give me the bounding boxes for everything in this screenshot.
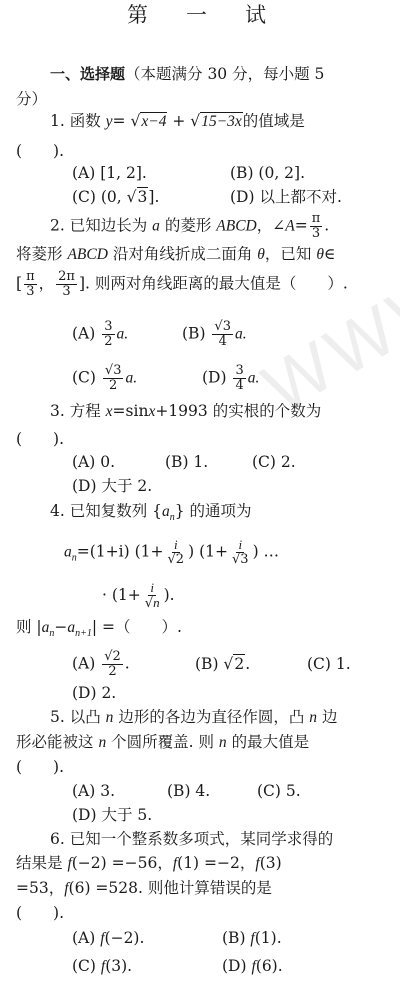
text: ) xyxy=(188,543,194,561)
option-b: (B) 4. xyxy=(167,780,257,802)
question-4-options-row2: (D) 2. xyxy=(72,682,116,704)
question-5-stem-line1: 5. 以凸 n 边形的各边为直径作圆，凸 n 边 xyxy=(50,706,337,729)
text: (3) xyxy=(260,854,282,872)
question-5-stem-line2: 形必能被这 n 个圆所覆盖. 则 n 的最大值是 xyxy=(16,731,309,754)
question-1-paren: ( ). xyxy=(16,140,64,162)
text: [ xyxy=(16,275,22,293)
question-5-options-row2: (D) 大于 5. xyxy=(72,804,152,826)
text: . xyxy=(245,655,250,673)
var: A xyxy=(285,218,294,235)
text: (1+ xyxy=(199,543,228,561)
var: a. xyxy=(235,326,247,343)
text: =53， xyxy=(16,879,64,897)
text: (1). xyxy=(255,929,282,947)
denominator: 2 xyxy=(106,665,118,679)
text: 边 xyxy=(317,708,337,726)
text: ，∠ xyxy=(257,217,286,235)
fraction: i√2 xyxy=(166,538,187,567)
question-5-options-row1: (A) 3.(B) 4.(C) 5. xyxy=(72,780,301,802)
question-6-paren: ( ). xyxy=(16,902,64,924)
option-a: (A) f(−2). xyxy=(72,927,222,950)
label: (B) xyxy=(182,325,210,343)
label: (B) xyxy=(222,929,250,947)
option-a: (A) 32a. xyxy=(72,320,182,349)
question-3-stem: 3. 方程 x=sinx+1993 的实根的个数为 xyxy=(50,400,321,423)
text: | =（ ）. xyxy=(92,618,182,636)
fraction: π3 xyxy=(24,270,37,299)
question-1-options-row1: (A) [1, 2].(B) (0, 2]. xyxy=(72,162,305,184)
text: =sin xyxy=(113,402,149,420)
text: (−2). xyxy=(105,929,145,947)
label: (A) xyxy=(72,655,100,673)
question-3-options-row1: (A) 0.(B) 1.(C) 2. xyxy=(72,451,296,473)
question-1-stem: 1. 函数 y= √x−4 + √15−3x的值域是 xyxy=(50,110,305,133)
var: n xyxy=(309,709,317,726)
option-d: (D) f(6). xyxy=(222,955,283,978)
title-char: 第 xyxy=(127,4,148,26)
numerator: √3 xyxy=(212,320,233,335)
numerator: √3 xyxy=(103,364,124,379)
var: a. xyxy=(117,326,129,343)
text: 沿对角线折成二面角 xyxy=(108,245,257,263)
text: ，已知 xyxy=(265,245,316,263)
label: (D) xyxy=(202,369,231,387)
text: (6) =528. 则他计算错误的是 xyxy=(69,879,272,897)
title-char: 一 xyxy=(186,4,207,26)
sqrt: √15−3x xyxy=(190,110,242,133)
var: ABCD xyxy=(67,246,107,263)
option-c: (C) 1. xyxy=(307,653,351,675)
text: +1993 的实根的个数为 xyxy=(155,402,321,420)
option-b: (B) 1. xyxy=(165,451,252,473)
option-c: (C) 5. xyxy=(257,780,301,802)
var: n xyxy=(219,734,227,751)
var: a xyxy=(152,218,160,235)
question-6-stem-line1: 6. 已知一个整系数多项式，某同学求得的 xyxy=(50,828,333,850)
text: ∈ xyxy=(324,245,335,263)
var: θ xyxy=(316,246,324,263)
option-d: (D) 大于 2. xyxy=(72,475,152,497)
radicand: 3 xyxy=(137,187,149,206)
question-2-options-row1: (A) 32a.(B) √34a. xyxy=(72,320,247,349)
fraction: 34 xyxy=(233,364,245,393)
option-b: (B) √2. xyxy=(195,653,307,675)
text: 4. 已知复数列 { xyxy=(50,502,162,520)
text: · xyxy=(102,586,107,604)
option-a: (A) 0. xyxy=(72,451,165,473)
question-6-options-row2: (C) f(3).(D) f(6). xyxy=(72,955,283,978)
page-title: 第一试 xyxy=(127,4,266,26)
fraction: √32 xyxy=(103,364,124,393)
question-4-formula-line2: · (1+i√n). xyxy=(102,581,175,611)
radicand: 3 xyxy=(113,363,121,378)
section-label: 一、选择题 xyxy=(50,65,125,83)
label: (A) xyxy=(72,325,100,343)
text: … xyxy=(259,543,279,561)
denominator: √3 xyxy=(230,553,251,567)
text: 形必能被这 xyxy=(16,733,98,751)
numerator: π xyxy=(310,212,323,227)
radicand: 2 xyxy=(113,649,121,664)
text: 结果是 xyxy=(16,854,67,872)
text: 的最大值是 xyxy=(227,733,309,751)
var: y xyxy=(106,113,113,130)
question-3-paren: ( ). xyxy=(16,428,64,450)
var: a. xyxy=(125,370,137,387)
question-4-stem-line3: 则 |an−an+1| =（ ）. xyxy=(16,616,182,645)
label: (C) xyxy=(72,957,101,975)
question-4-formula-line1: an=(1+i) (1+i√2) (1+i√3) … xyxy=(64,538,279,570)
text: = xyxy=(113,112,131,130)
section-note-cont: 分） xyxy=(16,88,47,110)
sqrt: √2 xyxy=(223,653,245,675)
question-4-options-row1: (A) √22.(B) √2.(C) 1. xyxy=(72,650,351,679)
text: 的菱形 xyxy=(160,217,216,235)
text: 个圆所覆盖. 则 xyxy=(106,733,219,751)
option-c: (C) (0, √3]. xyxy=(72,186,230,208)
question-2-stem-line1: 2. 已知边长为 a 的菱形 ABCD，∠A=π3. xyxy=(50,212,329,241)
question-2-stem-line3: [π3，2π3]. 则两对角线距离的最大值是（ ）. xyxy=(16,270,348,299)
question-2-stem-line2: 将菱形 ABCD 沿对角线折成二面角 θ，已知 θ∈ xyxy=(16,243,335,266)
fraction: π3 xyxy=(310,212,323,241)
text: . xyxy=(324,217,329,235)
text: (3). xyxy=(105,957,132,975)
text: 将菱形 xyxy=(16,245,67,263)
label: (B) xyxy=(195,655,223,673)
question-6-stem-line2: 结果是 f(−2) =−56，f(1) =−2，f(3) xyxy=(16,852,282,875)
question-6-stem-line3: =53，f(6) =528. 则他计算错误的是 xyxy=(16,877,272,900)
denominator: √2 xyxy=(166,553,187,567)
sqrt: √x−4 xyxy=(130,110,167,133)
subscript: n+1 xyxy=(75,628,92,639)
numerator: i xyxy=(148,581,156,596)
denominator: 3 xyxy=(310,227,322,241)
sqrt: √3 xyxy=(127,186,149,208)
option-c: (C) 2. xyxy=(252,451,296,473)
denominator: 2 xyxy=(107,379,119,393)
radicand: 2 xyxy=(176,552,184,567)
denominator: √n xyxy=(143,596,162,611)
text: 2. 已知边长为 xyxy=(50,217,152,235)
var: ABCD xyxy=(216,218,256,235)
denominator: 2 xyxy=(102,335,114,349)
option-b: (B) (0, 2]. xyxy=(230,162,305,184)
text: ]. 则两对角线距离的最大值是（ ）. xyxy=(79,275,348,293)
denominator: 3 xyxy=(24,285,36,299)
radicand: 2 xyxy=(233,654,245,673)
label: (A) xyxy=(72,929,100,947)
question-5-paren: ( ). xyxy=(16,756,64,778)
var: θ xyxy=(257,246,265,263)
text: 边形的各边为直径作圆，凸 xyxy=(113,708,309,726)
option-a: (A) [1, 2]. xyxy=(72,162,230,184)
option-d: (D) 2. xyxy=(72,682,116,704)
option-d: (D) 大于 5. xyxy=(72,804,152,826)
option-c: (C) √32a. xyxy=(72,364,202,393)
denominator: 3 xyxy=(60,285,72,299)
fraction: i√3 xyxy=(230,538,251,567)
question-6-options-row1: (A) f(−2).(B) f(1). xyxy=(72,927,282,950)
option-b: (B) √34a. xyxy=(182,320,247,349)
text: (1+ xyxy=(135,543,164,561)
text: ， xyxy=(39,275,55,293)
numerator: 3 xyxy=(102,320,114,335)
text: 1. 函数 xyxy=(50,112,106,130)
question-4-stem: 4. 已知复数列 {an} 的通项为 xyxy=(50,500,252,529)
radicand: 15−3x xyxy=(200,112,243,130)
option-d: (D) 34a. xyxy=(202,364,259,393)
var: a xyxy=(64,544,72,561)
text: (6). xyxy=(256,957,283,975)
label: (D) xyxy=(222,957,251,975)
text: 5. 以凸 xyxy=(50,708,106,726)
fraction: i√n xyxy=(143,581,162,611)
var: a xyxy=(162,503,170,520)
text: 3. 方程 xyxy=(50,402,106,420)
text: (1) =−2， xyxy=(177,854,255,872)
numerator: 3 xyxy=(233,364,245,379)
question-2-options-row2: (C) √32a.(D) 34a. xyxy=(72,364,259,393)
text: } 的通项为 xyxy=(175,502,252,520)
text: (C) (0, xyxy=(72,188,127,206)
question-3-options-row2: (D) 大于 2. xyxy=(72,475,152,497)
numerator: π xyxy=(24,270,37,285)
radicand: 3 xyxy=(223,319,231,334)
var: a. xyxy=(248,370,260,387)
numerator: 2π xyxy=(56,270,77,285)
text: (1+i) xyxy=(90,543,130,561)
text: = xyxy=(295,217,308,235)
text: (1+ xyxy=(112,586,141,604)
fraction: √22 xyxy=(102,650,123,679)
radicand: x−4 xyxy=(140,112,167,130)
option-b: (B) f(1). xyxy=(222,927,282,950)
question-1-options-row2: (C) (0, √3].(D) 以上都不对. xyxy=(72,186,342,208)
fraction: 2π3 xyxy=(56,270,77,299)
option-a: (A) √22. xyxy=(72,650,195,679)
var: x xyxy=(106,403,113,420)
numerator: √2 xyxy=(102,650,123,665)
option-c: (C) f(3). xyxy=(72,955,222,978)
numerator: i xyxy=(236,538,244,553)
text: ). xyxy=(164,586,175,604)
text: + xyxy=(167,112,190,130)
text: . xyxy=(125,655,130,673)
numerator: i xyxy=(172,538,180,553)
fraction: 32 xyxy=(102,320,114,349)
text: (−2) =−56， xyxy=(72,854,173,872)
radicand: n xyxy=(153,595,160,610)
fraction: √34 xyxy=(212,320,233,349)
text: − xyxy=(54,618,67,636)
text: ]. xyxy=(148,188,159,206)
text: = xyxy=(77,543,90,561)
option-a: (A) 3. xyxy=(72,780,167,802)
denominator: 4 xyxy=(217,335,229,349)
section-note: （本题满分 30 分，每小题 5 xyxy=(125,65,324,83)
title-char: 试 xyxy=(245,4,266,26)
radicand: 3 xyxy=(240,552,248,567)
section-header: 一、选择题（本题满分 30 分，每小题 5 xyxy=(50,63,324,85)
text: 的值域是 xyxy=(243,112,305,130)
label: (C) xyxy=(72,369,101,387)
var: a xyxy=(67,619,75,636)
text: 则 | xyxy=(16,618,42,636)
denominator: 4 xyxy=(233,379,245,393)
option-d: (D) 以上都不对. xyxy=(230,186,342,208)
